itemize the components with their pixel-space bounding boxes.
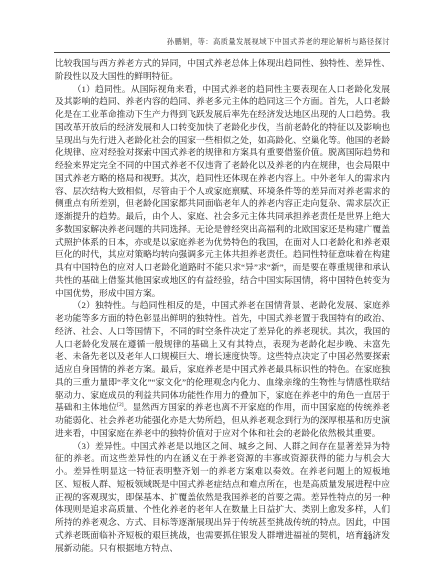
article-body: 比较我国与西方养老方式的异同，中国式养老总体上体现出趋同性、独特性、差异性、阶段… [55,57,390,554]
citation-marker: [2] [117,402,123,408]
page-header: 孙鹏娟，等：高质量发展视域下中国式养老的理论解析与路径探讨 [55,37,390,47]
paragraph: （1）趋同性。从国际视角来看，中国式养老的趋同性主要表现在人口老龄化发展及其影响… [55,83,390,300]
paragraph: 比较我国与西方养老方式的异同，中国式养老总体上体现出趋同性、独特性、差异性、阶段… [55,57,390,83]
page-number: ·49· [360,533,377,542]
header-rule [54,52,390,53]
paragraph: （2）独特性。与趋同性相反的是，中国式养老在国情背景、老龄化发展、家庭养老功能等… [55,299,390,439]
document-page: 孙鹏娟，等：高质量发展视域下中国式养老的理论解析与路径探讨 比较我国与西方养老方… [0,0,427,579]
running-title: 孙鹏娟，等：高质量发展视域下中国式养老的理论解析与路径探讨 [167,37,390,46]
page-footer: ·49· [55,533,377,542]
